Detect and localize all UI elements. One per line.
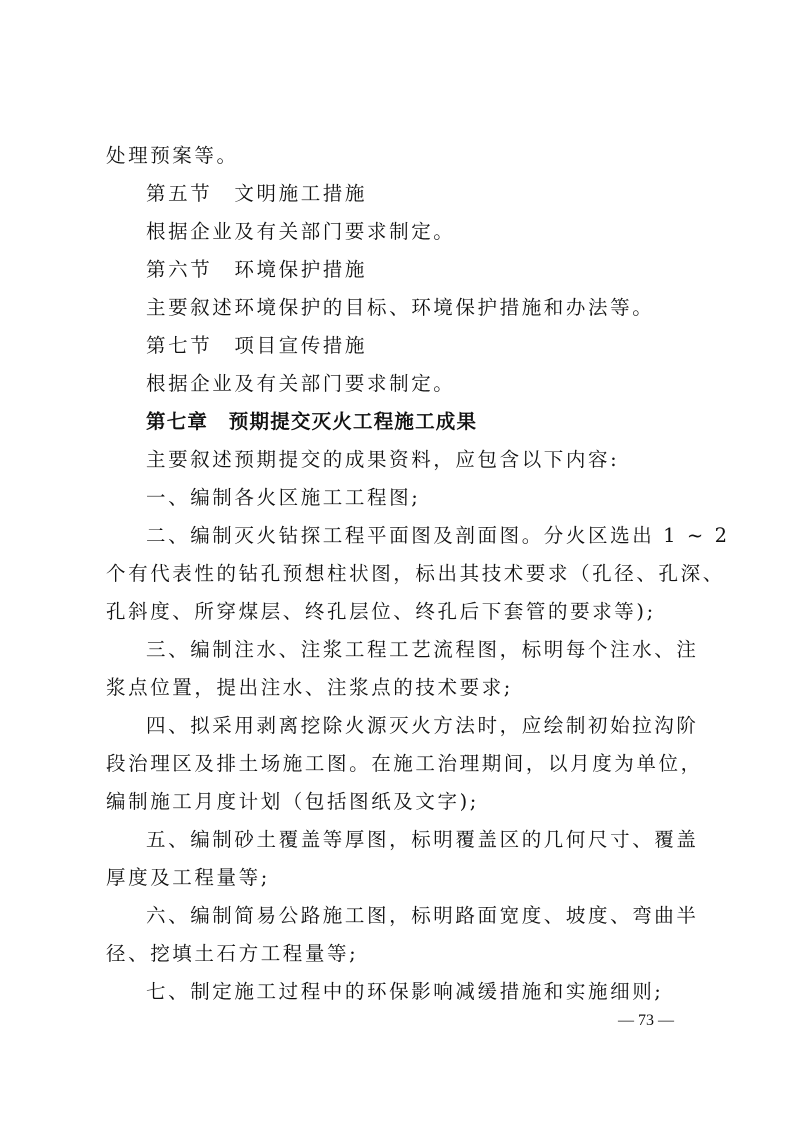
chapter-heading-7: 第七章 预期提交灭火工程施工成果 [146,408,477,436]
paragraph: 主要叙述环境保护的目标、环境保护措施和办法等。 [146,294,654,322]
paragraph-continuation: 处理预案等。 [106,142,239,170]
paragraph: 根据企业及有关部门要求制定。 [146,370,455,398]
page-number: — 73 — [618,1012,674,1030]
list-item-3: 三、编制注水、注浆工程工艺流程图，标明每个注水、注 [146,636,699,664]
list-item-3-cont: 浆点位置，提出注水、注浆点的技术要求; [106,674,513,702]
list-item-4-cont: 段治理区及排土场施工图。在施工治理期间，以月度为单位， [106,750,703,778]
list-item-2: 二、编制灭火钻探工程平面图及剖面图。分火区选出 1 ~ 2 [146,522,730,550]
list-item-5-cont: 厚度及工程量等; [106,864,270,892]
list-item-7: 七、制定施工过程中的环保影响减缓措施和实施细则; [146,978,663,1006]
list-item-2-cont: 孔斜度、所穿煤层、终孔层位、终孔后下套管的要求等); [106,598,656,626]
paragraph: 主要叙述预期提交的成果资料，应包含以下内容: [146,446,619,474]
list-item-6: 六、编制简易公路施工图，标明路面宽度、坡度、弯曲半 [146,902,699,930]
list-item-1: 一、编制各火区施工工程图; [146,484,420,512]
list-item-6-cont: 径、挖填土石方工程量等; [106,940,358,968]
section-heading-6: 第六节 环境保护措施 [146,256,367,284]
section-heading-7: 第七节 项目宣传措施 [146,332,367,360]
list-item-2-cont: 个有代表性的钻孔预想柱状图，标出其技术要求（孔径、孔深、 [106,560,725,588]
list-item-4: 四、拟采用剥离挖除火源灭火方法时，应绘制初始拉沟阶 [146,712,699,740]
section-heading-5: 第五节 文明施工措施 [146,180,367,208]
document-page: 处理预案等。 第五节 文明施工措施 根据企业及有关部门要求制定。 第六节 环境保… [0,0,793,1122]
list-item-4-cont: 编制施工月度计划（包括图纸及文字); [106,788,479,816]
list-item-5: 五、编制砂土覆盖等厚图，标明覆盖区的几何尺寸、覆盖 [146,826,699,854]
paragraph: 根据企业及有关部门要求制定。 [146,218,455,246]
